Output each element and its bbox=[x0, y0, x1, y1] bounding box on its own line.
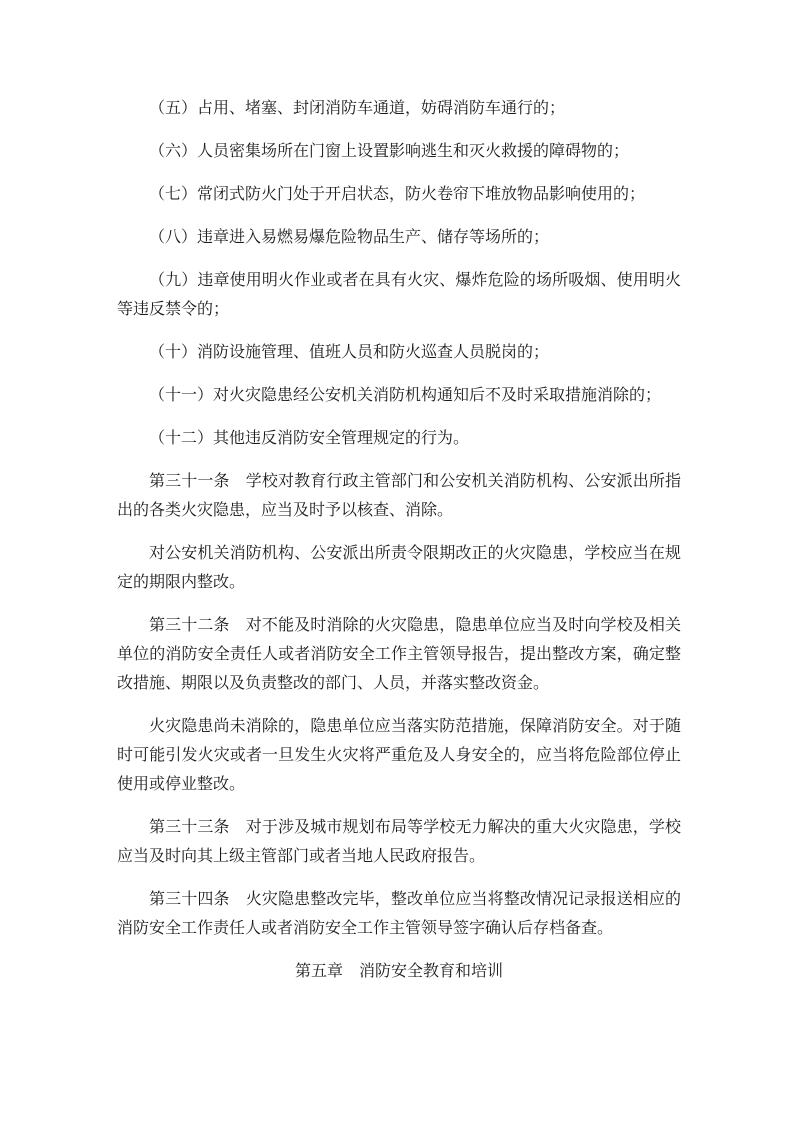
clause-item-5: （五）占用、堵塞、封闭消防车通道，妨碍消防车通行的； bbox=[117, 94, 681, 123]
clause-item-12: （十二）其他违反消防安全管理规定的行为。 bbox=[117, 424, 681, 453]
document-page: （五）占用、堵塞、封闭消防车通道，妨碍消防车通行的； （六）人员密集场所在门窗上… bbox=[0, 0, 793, 1122]
clause-item-7: （七）常闭式防火门处于开启状态，防火卷帘下堆放物品影响使用的； bbox=[117, 180, 681, 209]
article-33-paragraph: 第三十三条 对于涉及城市规划布局等学校无力解决的重大火灾隐患，学校应当及时向其上… bbox=[117, 813, 681, 871]
clause-item-10: （十）消防设施管理、值班人员和防火巡查人员脱岗的； bbox=[117, 338, 681, 367]
clause-item-11: （十一）对火灾隐患经公安机关消防机构通知后不及时采取措施消除的； bbox=[117, 381, 681, 410]
clause-item-8: （八）违章进入易燃易爆危险物品生产、储存等场所的； bbox=[117, 223, 681, 252]
clause-item-6: （六）人员密集场所在门窗上设置影响逃生和灭火救援的障碍物的； bbox=[117, 137, 681, 166]
chapter-5-heading: 第五章 消防安全教育和培训 bbox=[117, 957, 681, 986]
clause-item-9: （九）违章使用明火作业或者在具有火灾、爆炸危险的场所吸烟、使用明火等违反禁令的； bbox=[117, 266, 681, 324]
article-32-paragraph-2: 火灾隐患尚未消除的，隐患单位应当落实防范措施，保障消防安全。对于随时可能引发火灾… bbox=[117, 712, 681, 799]
article-31-paragraph: 第三十一条 学校对教育行政主管部门和公安机关消防机构、公安派出所指出的各类火灾隐… bbox=[117, 467, 681, 525]
article-32-paragraph: 第三十二条 对不能及时消除的火灾隐患，隐患单位应当及时向学校及相关单位的消防安全… bbox=[117, 611, 681, 698]
article-34-paragraph: 第三十四条 火灾隐患整改完毕，整改单位应当将整改情况记录报送相应的消防安全工作责… bbox=[117, 885, 681, 943]
document-text-block: （五）占用、堵塞、封闭消防车通道，妨碍消防车通行的； （六）人员密集场所在门窗上… bbox=[117, 94, 681, 1000]
article-31-paragraph-2: 对公安机关消防机构、公安派出所责令限期改正的火灾隐患，学校应当在规定的期限内整改… bbox=[117, 539, 681, 597]
